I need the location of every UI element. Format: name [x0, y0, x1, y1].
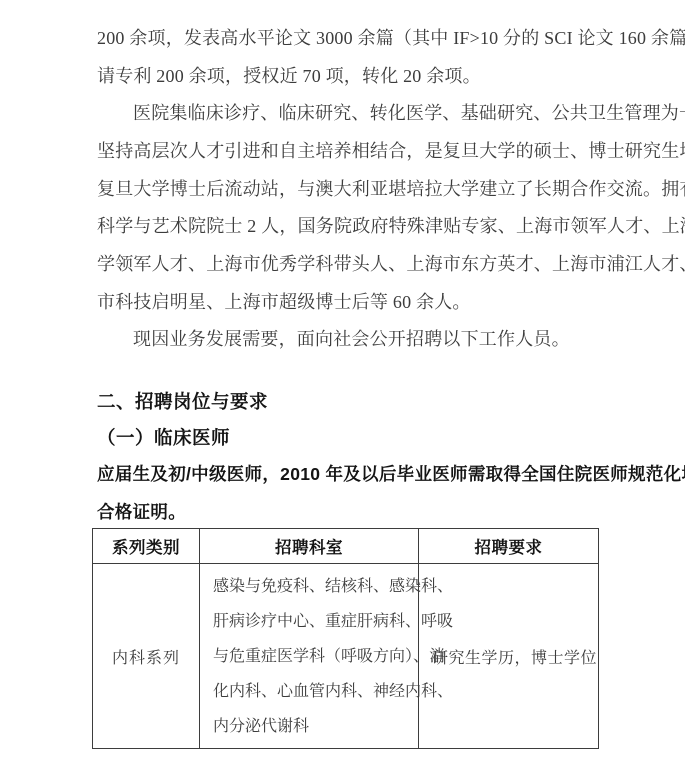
text-line: 肝病诊疗中心、重症肝病科、呼吸: [213, 604, 414, 639]
recruitment-table: 系列类别 招聘科室 招聘要求 内科系列 感染与免疫科、结核科、感染科、 肝病诊疗…: [92, 528, 599, 749]
body-paragraphs: 200 余项，发表高水平论文 3000 余篇（其中 IF>10 分的 SCI 论…: [97, 20, 597, 359]
requirement-text: 研究生学历，博士学位: [419, 645, 598, 668]
header-cell-category: 系列类别: [93, 529, 200, 564]
table-header-row: 系列类别 招聘科室 招聘要求: [93, 529, 599, 564]
text-line: 化内科、心血管内科、神经内科、: [213, 674, 414, 709]
text-line: 坚持高层次人才引进和自主培养相结合，是复旦大学的硕士、博士研究生培养点，: [97, 133, 597, 171]
text-line: 合格证明。: [97, 494, 607, 532]
text-line: 200 余项，发表高水平论文 3000 余篇（其中 IF>10 分的 SCI 论…: [97, 20, 597, 58]
header-cell-departments: 招聘科室: [200, 529, 419, 564]
requirement-note: 应届生及初/中级医师，2010 年及以后毕业医师需取得全国住院医师规范化培训 合…: [97, 456, 607, 531]
text-line: 请专利 200 余项，授权近 70 项，转化 20 余项。: [97, 58, 597, 96]
text-line: 与危重症医学科（呼吸方向）、消: [213, 639, 414, 674]
table-row: 内科系列 感染与免疫科、结核科、感染科、 肝病诊疗中心、重症肝病科、呼吸 与危重…: [93, 564, 599, 749]
text-line: 感染与免疫科、结核科、感染科、: [213, 569, 414, 604]
text-line: 市科技启明星、上海市超级博士后等 60 余人。: [97, 284, 597, 322]
text-line: 学领军人才、上海市优秀学科带头人、上海市东方英才、上海市浦江人才、上海: [97, 246, 597, 284]
cell-departments: 感染与免疫科、结核科、感染科、 肝病诊疗中心、重症肝病科、呼吸 与危重症医学科（…: [200, 564, 419, 749]
text-line: 应届生及初/中级医师，2010 年及以后毕业医师需取得全国住院医师规范化培训: [97, 456, 607, 494]
cell-category: 内科系列: [93, 564, 200, 749]
sub-heading: （一）临床医师: [97, 428, 230, 448]
header-cell-requirement: 招聘要求: [419, 529, 599, 564]
text-line: 科学与艺术院院士 2 人，国务院政府特殊津贴专家、上海市领军人才、上海市医: [97, 208, 597, 246]
text-line: 内分泌代谢科: [213, 709, 414, 744]
text-line: 复旦大学博士后流动站，与澳大利亚堪培拉大学建立了长期合作交流。拥有欧洲: [97, 171, 597, 209]
section-heading: 二、招聘岗位与要求: [97, 392, 268, 412]
document-page: 200 余项，发表高水平论文 3000 余篇（其中 IF>10 分的 SCI 论…: [0, 0, 685, 780]
text-line: 现因业务发展需要，面向社会公开招聘以下工作人员。: [97, 321, 597, 359]
text-line: 医院集临床诊疗、临床研究、转化医学、基础研究、公共卫生管理为一体，: [97, 95, 597, 133]
